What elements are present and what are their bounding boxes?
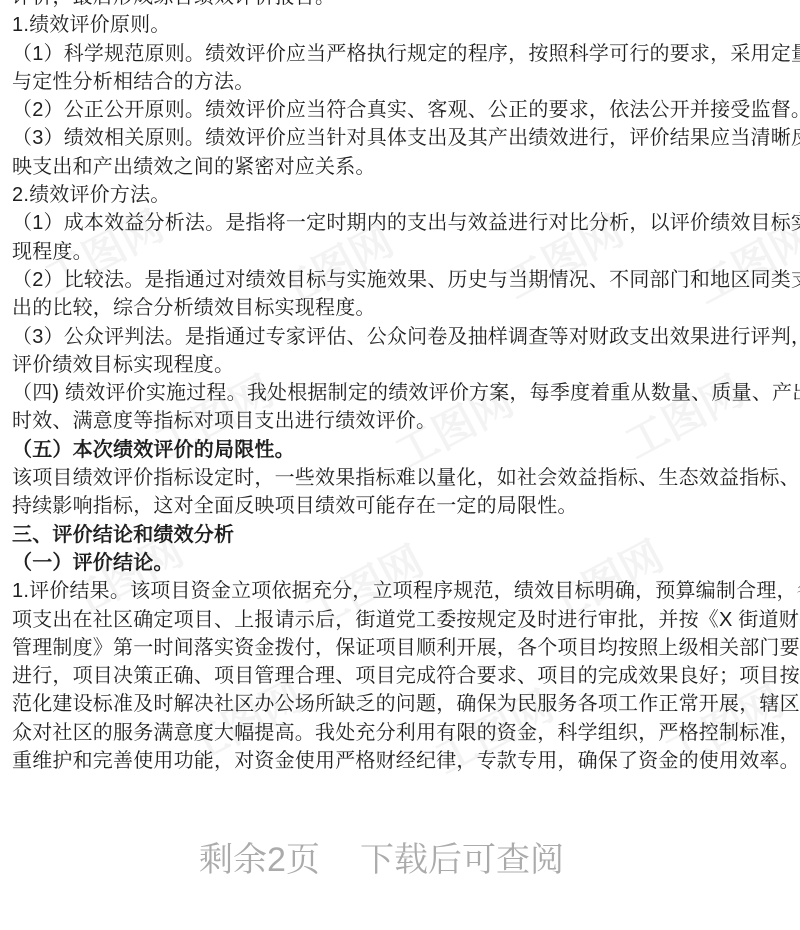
text-line: 范化建设标准及时解决社区办公场所缺乏的问题，确保为民服务各项工作正常开展，辖区群 xyxy=(12,690,796,718)
text-line: 1.绩效评价原则。 xyxy=(12,11,796,39)
text-line: （3）绩效相关原则。绩效评价应当针对具体支出及其产出绩效进行，评价结果应当清晰反 xyxy=(12,124,796,152)
text-line: （2）比较法。是指通过对绩效目标与实施效果、历史与当期情况、不同部门和地区同类支 xyxy=(12,266,796,294)
text-line: 1.评价结果。该项目资金立项依据充分，立项程序规范，绩效目标明确，预算编制合理，… xyxy=(12,577,796,605)
text-line: 项支出在社区确定项目、上报请示后，街道党工委按规定及时进行审批，并按《X 街道财… xyxy=(12,606,796,634)
text-line: 进行，项目决策正确、项目管理合理、项目完成符合要求、项目的完成效果良好；项目按规 xyxy=(12,662,796,690)
text-line: 评价绩效目标实现程度。 xyxy=(12,351,796,379)
pages-remaining-text: 剩余2页 xyxy=(199,841,320,879)
download-hint-text: 下载后可查阅 xyxy=(360,841,564,879)
text-line: 现程度。 xyxy=(12,238,796,266)
text-line: 与定性分析相结合的方法。 xyxy=(12,68,796,96)
text-line: （一）评价结论。 xyxy=(12,549,796,577)
text-line: 时效、满意度等指标对项目支出进行绩效评价。 xyxy=(12,407,796,435)
text-line: 出的比较，综合分析绩效目标实现程度。 xyxy=(12,294,796,322)
document-page: 工图网工图网工图网工图网工图网工图网工图网工图网工图网工图网工图网工图网工图网 … xyxy=(0,0,800,930)
text-line: （2）公正公开原则。绩效评价应当符合真实、客观、公正的要求，依法公开并接受监督。 xyxy=(12,96,796,124)
text-line: 持续影响指标，这对全面反映项目绩效可能存在一定的局限性。 xyxy=(12,492,796,520)
document-text: 评价，最后形成综合绩效评价报告。1.绩效评价原则。（1）科学规范原则。绩效评价应… xyxy=(12,0,796,775)
text-line: 众对社区的服务满意度大幅提高。我处充分利用有限的资金，科学组织，严格控制标准，注 xyxy=(12,719,796,747)
text-line: 映支出和产出绩效之间的紧密对应关系。 xyxy=(12,153,796,181)
text-line: 该项目绩效评价指标设定时，一些效果指标难以量化，如社会效益指标、生态效益指标、可 xyxy=(12,464,796,492)
text-line: （四) 绩效评价实施过程。我处根据制定的绩效评价方案，每季度着重从数量、质量、产… xyxy=(12,379,796,407)
text-line: （1）成本效益分析法。是指将一定时期内的支出与效益进行对比分析，以评价绩效目标实 xyxy=(12,209,796,237)
text-line: （五）本次绩效评价的局限性。 xyxy=(12,436,796,464)
text-line: （1）科学规范原则。绩效评价应当严格执行规定的程序，按照科学可行的要求，采用定量 xyxy=(12,40,796,68)
text-line: 重维护和完善使用功能，对资金使用严格财经纪律，专款专用，确保了资金的使用效率。但 xyxy=(12,747,796,775)
text-line: （3）公众评判法。是指通过专家评估、公众问卷及抽样调查等对财政支出效果进行评判， xyxy=(12,323,796,351)
pages-remaining-notice: 剩余2页下载后可查阅 xyxy=(0,832,800,881)
text-line: 2.绩效评价方法。 xyxy=(12,181,796,209)
text-line: 三、评价结论和绩效分析 xyxy=(12,521,796,549)
text-line: 评价，最后形成综合绩效评价报告。 xyxy=(12,0,796,11)
text-line: 管理制度》第一时间落实资金拨付，保证项目顺利开展，各个项目均按照上级相关部门要求 xyxy=(12,634,796,662)
